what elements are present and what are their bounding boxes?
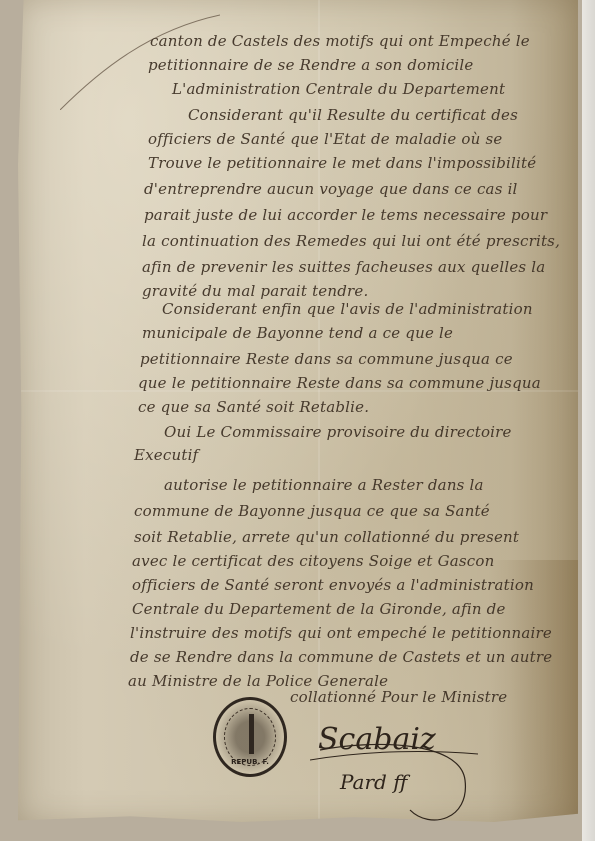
text-line: ce que sa Santé soit Retablie. — [138, 398, 369, 416]
text-line: afin de prevenir les suittes facheuses a… — [142, 258, 545, 276]
text-line: gravité du mal parait tendre. — [142, 282, 368, 300]
text-line: l'instruire des motifs qui ont empeché l… — [130, 624, 552, 642]
text-line: Considerant enfin que l'avis de l'admini… — [162, 300, 533, 318]
text-line: soit Retablie, arrete qu'un collationné … — [134, 528, 519, 546]
text-line: officiers de Santé que l'Etat de maladie… — [148, 130, 502, 148]
text-line: Trouve le petitionnaire le met dans l'im… — [148, 154, 536, 172]
text-line: Considerant qu'il Resulte du certificat … — [188, 106, 518, 124]
text-line: canton de Castels des motifs qui ont Emp… — [150, 32, 530, 50]
text-line: de se Rendre dans la commune de Castets … — [130, 648, 552, 666]
text-line: Executif — [134, 446, 198, 464]
text-line: commune de Bayonne jusqua ce que sa Sant… — [134, 502, 490, 520]
text-line: parait juste de lui accorder le tems nec… — [144, 206, 547, 224]
signature-flourish — [310, 740, 480, 830]
seal-emblem-icon — [249, 714, 254, 754]
manuscript-body: canton de Castels des motifs qui ont Emp… — [0, 0, 595, 841]
text-line: collationné Pour le Ministre — [290, 688, 507, 706]
text-line: la continuation des Remedes qui lui ont … — [142, 232, 560, 250]
text-line: municipale de Bayonne tend a ce que le — [142, 324, 453, 342]
text-line: officiers de Santé seront envoyés a l'ad… — [132, 576, 534, 594]
text-line: Oui Le Commissaire provisoire du directo… — [164, 423, 512, 441]
text-line: petitionnaire de se Rendre a son domicil… — [148, 56, 473, 74]
text-line: L'administration Centrale du Departement — [172, 80, 505, 98]
text-line: d'entreprendre aucun voyage que dans ce … — [144, 180, 518, 198]
text-line: autorise le petitionnaire a Rester dans … — [164, 476, 484, 494]
text-line: petitionnaire Reste dans sa commune jusq… — [140, 350, 513, 368]
official-seal-stamp: REPUB. F. — [213, 697, 287, 777]
text-line: avec le certificat des citoyens Soige et… — [132, 552, 495, 570]
text-line: Centrale du Departement de la Gironde, a… — [132, 600, 506, 618]
text-line: que le petitionnaire Reste dans sa commu… — [138, 374, 541, 392]
document-scan: canton de Castels des motifs qui ont Emp… — [0, 0, 595, 841]
